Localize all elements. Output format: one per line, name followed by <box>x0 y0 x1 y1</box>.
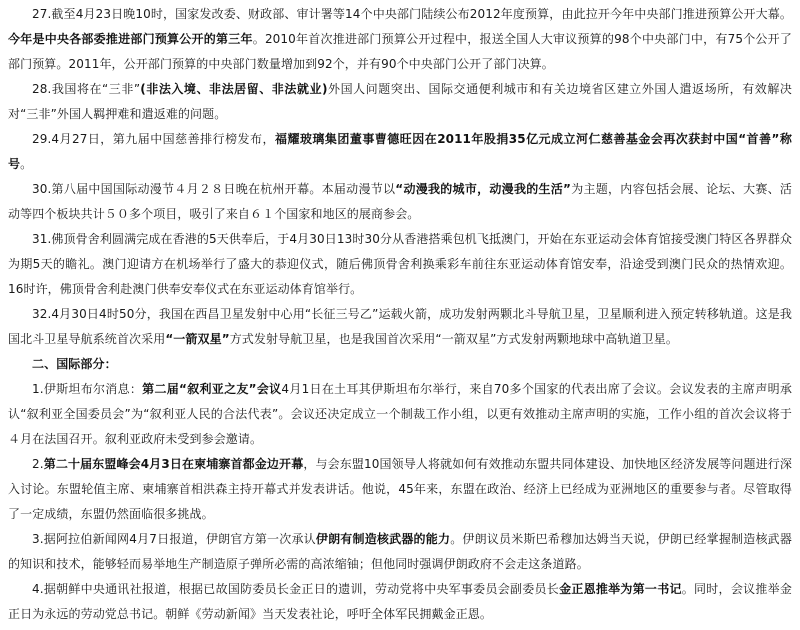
text: 27.截至4月23日晚10时，国家发改委、财政部、审计署等14个中央部门陆续公布… <box>32 7 792 21</box>
paragraph-27: 27.截至4月23日晚10时，国家发改委、财政部、审计署等14个中央部门陆续公布… <box>8 2 792 77</box>
paragraph-intl-3: 3.据阿拉伯新闻网4月7日报道，伊朗官方第一次承认伊朗有制造核武器的能力。伊朗议… <box>8 527 792 577</box>
text: 2. <box>32 457 44 471</box>
text: 31.佛顶骨舍利圆满完成在香港的5天供奉后，于4月30日13时30分从香港搭乘包… <box>8 232 792 296</box>
bold-text: 今年是中央各部委推进部门预算公开的第三年 <box>8 32 253 46</box>
paragraph-30: 30.第八届中国国际动漫节４月２８日晚在杭州开幕。本届动漫节以“动漫我的城市，动… <box>8 177 792 227</box>
text: 方式发射导航卫星，也是我国首次采用“一箭双星”方式发射两颗地球中高轨道卫星。 <box>230 332 678 346</box>
text: 3.据阿拉伯新闻网4月7日报道，伊朗官方第一次承认 <box>32 532 316 546</box>
document-body: 27.截至4月23日晚10时，国家发改委、财政部、审计署等14个中央部门陆续公布… <box>0 0 800 627</box>
text: 29.4月27日，第九届中国慈善排行榜发布， <box>32 132 275 146</box>
paragraph-29: 29.4月27日，第九届中国慈善排行榜发布，福耀玻璃集团董事曹德旺因在2011年… <box>8 127 792 177</box>
bold-text: 第二十届东盟峰会4月3日在柬埔寨首都金边开幕 <box>44 457 304 471</box>
bold-text: (非法入境、非法居留、非法就业) <box>140 82 327 96</box>
text: 4.据朝鲜中央通讯社报道，根据已故国防委员长金正日的遗训，劳动党将中央军事委员会… <box>32 582 559 596</box>
paragraph-31: 31.佛顶骨舍利圆满完成在香港的5天供奉后，于4月30日13时30分从香港搭乘包… <box>8 227 792 302</box>
text: 28.我国将在“三非” <box>32 82 140 96</box>
bold-text: 伊朗有制造核武器的能力 <box>316 532 450 546</box>
paragraph-intl-2: 2.第二十届东盟峰会4月3日在柬埔寨首都金边开幕，与会东盟10国领导人将就如何有… <box>8 452 792 527</box>
paragraph-intl-1: 1.伊斯坦布尔消息：第二届“叙利亚之友”会议4月1日在土耳其伊斯坦布尔举行，来自… <box>8 377 792 452</box>
text: 30.第八届中国国际动漫节４月２８日晚在杭州开幕。本届动漫节以 <box>32 182 395 196</box>
paragraph-28: 28.我国将在“三非”(非法入境、非法居留、非法就业)外国人问题突出、国际交通便… <box>8 77 792 127</box>
bold-text: 第二届“叙利亚之友”会议 <box>142 382 281 396</box>
paragraph-32: 32.4月30日4时50分，我国在西昌卫星发射中心用“长征三号乙”运载火箭，成功… <box>8 302 792 352</box>
paragraph-intl-4: 4.据朝鲜中央通讯社报道，根据已故国防委员长金正日的遗训，劳动党将中央军事委员会… <box>8 577 792 627</box>
bold-text: “一箭双星” <box>165 332 229 346</box>
text: 。 <box>20 157 32 171</box>
text: 1.伊斯坦布尔消息： <box>32 382 142 396</box>
heading-text: 二、国际部分： <box>32 357 117 371</box>
bold-text: “动漫我的城市，动漫我的生活” <box>395 182 571 196</box>
section-heading-international: 二、国际部分： <box>8 352 792 377</box>
bold-text: 金正恩推举为第一书记 <box>559 582 682 596</box>
